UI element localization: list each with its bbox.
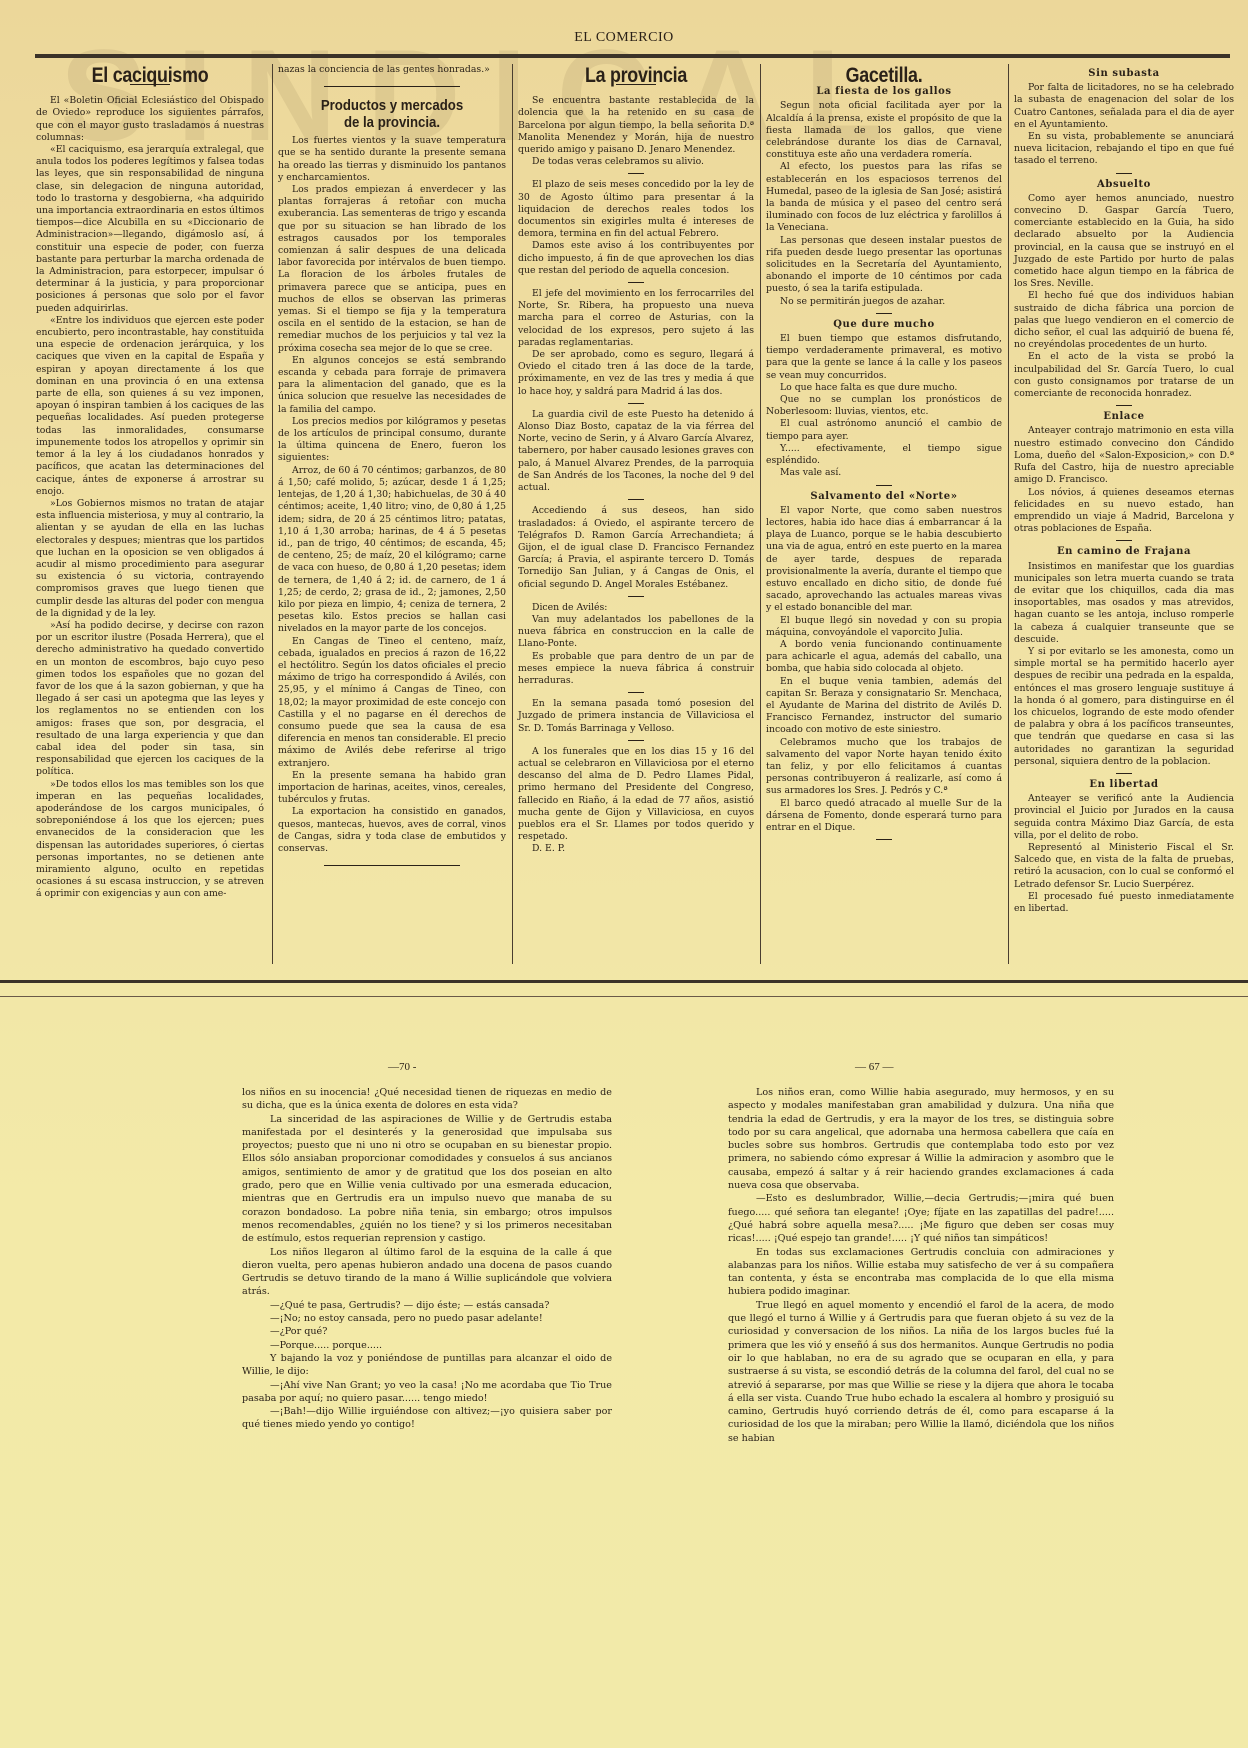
- separator-dash: [628, 403, 644, 404]
- book-page-right: Los niños eran, como Willie habia asegur…: [728, 1086, 1114, 1445]
- paragraph: En la semana pasada tomó posesion del Ju…: [518, 698, 754, 735]
- separator-dash: [628, 499, 644, 500]
- ornament-divider: [324, 865, 461, 866]
- separator-dash: [628, 173, 644, 174]
- paragraph: —Esto es deslumbrador, Willie,—decia Ger…: [728, 1192, 1114, 1245]
- column-news-briefs: Sin subasta Por falta de licitadores, no…: [1014, 64, 1234, 915]
- paragraph: Los prados empiezan á enverdecer y las p…: [278, 184, 506, 355]
- column-divider: [272, 64, 273, 964]
- ornament-divider: [324, 86, 461, 87]
- separator-dash: [876, 313, 892, 314]
- paragraph: El cual astrónomo anunció el cambio de t…: [766, 418, 1002, 442]
- paragraph: Anteayer se verificó ante la Audiencia p…: [1014, 793, 1234, 842]
- paragraph: Insistimos en manifestar que los guardia…: [1014, 561, 1234, 646]
- separator-dash: [1116, 173, 1132, 174]
- article-title: La provincia: [536, 70, 737, 82]
- paragraph: El jefe del movimiento en los ferrocarri…: [518, 288, 754, 349]
- paragraph: En el acto de la vista se probó la incul…: [1014, 351, 1234, 400]
- paragraph: La sinceridad de las aspiraciones de Wil…: [242, 1113, 612, 1246]
- article-title: El caciquismo: [53, 70, 247, 82]
- subheading: Enlace: [1014, 411, 1234, 423]
- subheading: En camino de Frajana: [1014, 546, 1234, 558]
- obituary-signoff: D. E. P.: [518, 843, 754, 855]
- paragraph: El vapor Norte, que como saben nuestros …: [766, 505, 1002, 615]
- separator-dash: [876, 485, 892, 486]
- section-rule: [0, 980, 1248, 983]
- separator-dash: [1116, 773, 1132, 774]
- paragraph: En la presente semana ha habido gran imp…: [278, 770, 506, 807]
- separator-dash: [628, 692, 644, 693]
- paragraph: Lo que hace falta es que dure mucho.: [766, 382, 1002, 394]
- subheading: Salvamento del «Norte»: [766, 491, 1002, 503]
- paragraph: Representó al Ministerio Fiscal el Sr. S…: [1014, 842, 1234, 891]
- column-provincia: La provincia Se encuentra bastante resta…: [518, 64, 754, 856]
- paragraph: Es probable que para dentro de un par de…: [518, 651, 754, 688]
- paragraph-continuation: nazas la conciencia de las gentes honrad…: [278, 64, 506, 76]
- paragraph: A bordo venia funcionando continuamente …: [766, 639, 1002, 676]
- separator-dash: [1116, 540, 1132, 541]
- paragraph: Y..... efectivamente, el tiempo sigue es…: [766, 443, 1002, 467]
- paragraph: El procesado fué puesto inmediatamente e…: [1014, 891, 1234, 915]
- paragraph: Y bajando la voz y poniéndose de puntill…: [242, 1352, 612, 1379]
- paragraph: —Porque..... porque.....: [242, 1339, 612, 1352]
- paragraph: En algunos concejos se está sembrando es…: [278, 355, 506, 416]
- paragraph: Arroz, de 60 á 70 céntimos; garbanzos, d…: [278, 465, 506, 636]
- paragraph: los niños en su inocencia! ¿Qué necesida…: [242, 1086, 612, 1113]
- paragraph: Los nóvios, á quienes deseamos eternas f…: [1014, 487, 1234, 536]
- paragraph: En su vista, probablemente se anunciará …: [1014, 131, 1234, 168]
- paragraph: Los niños llegaron al último farol de la…: [242, 1246, 612, 1299]
- paragraph: La exportacion ha consistido en ganados,…: [278, 806, 506, 855]
- paragraph: Accediendo á sus deseos, han sido trasla…: [518, 505, 754, 590]
- paragraph: Se encuentra bastante restablecida de la…: [518, 95, 754, 156]
- paragraph: Segun nota oficial facilitada ayer por l…: [766, 100, 1002, 161]
- paragraph: El plazo de seis meses concedido por la …: [518, 179, 754, 240]
- page-number-left: —70 -: [388, 1061, 416, 1073]
- paragraph: La guardia civil de este Puesto ha deten…: [518, 409, 754, 494]
- paragraph: No se permitirán juegos de azahar.: [766, 296, 1002, 308]
- paragraph: »Los Gobiernos mismos no tratan de ataja…: [36, 498, 264, 620]
- paragraph: —¿Qué te pasa, Gertrudis? — dijo éste; —…: [242, 1299, 612, 1312]
- paragraph: El buque llegó sin novedad y con su prop…: [766, 615, 1002, 639]
- paragraph: El «Boletin Oficial Eclesiástico del Obi…: [36, 95, 264, 144]
- separator-dash: [628, 740, 644, 741]
- subheading: En libertad: [1014, 779, 1234, 791]
- column-divider: [1008, 64, 1009, 964]
- paragraph: —¡No; no estoy cansada, pero no puedo pa…: [242, 1312, 612, 1325]
- paragraph: True llegó en aquel momento y encendió e…: [728, 1299, 1114, 1445]
- paragraph: »Así ha podido decirse, y decirse con ra…: [36, 620, 264, 779]
- column-divider: [512, 64, 513, 964]
- column-caciquismo: El caciquismo El «Boletin Oficial Eclesi…: [36, 64, 264, 901]
- paragraph: Que no se cumplan los pronósticos de Nob…: [766, 394, 1002, 418]
- paragraph: «El caciquismo, esa jerarquía extralegal…: [36, 144, 264, 315]
- column-productos: nazas la conciencia de las gentes honrad…: [278, 64, 506, 876]
- paragraph: En el buque venia tambien, además del ca…: [766, 676, 1002, 737]
- paragraph: Celebramos mucho que los trabajos de sal…: [766, 737, 1002, 798]
- paragraph: Los precios medios por kilógramos y pese…: [278, 416, 506, 465]
- paragraph: A los funerales que en los dias 15 y 16 …: [518, 746, 754, 844]
- subheading: Absuelto: [1014, 179, 1234, 191]
- title-line: Productos y mercados: [292, 97, 493, 114]
- separator-dash: [628, 596, 644, 597]
- paragraph: El hecho fué que dos individuos habian s…: [1014, 290, 1234, 351]
- article-title: Productos y mercados de la provincia.: [292, 97, 493, 131]
- paragraph: »De todos ellos los mas temibles son los…: [36, 779, 264, 901]
- subheading: La fiesta de los gallos: [766, 86, 1002, 98]
- paragraph: Y si por evitarlo se les amonesta, como …: [1014, 646, 1234, 768]
- section-title: Gacetilla.: [784, 70, 985, 82]
- masthead: EL COMERCIO: [0, 30, 1248, 46]
- subheading: Sin subasta: [1014, 68, 1234, 80]
- paragraph: En Cangas de Tineo el centeno, maíz, ceb…: [278, 636, 506, 770]
- paragraph: De todas veras celebramos su alivio.: [518, 156, 754, 168]
- page-number-right: — 67 —: [855, 1061, 894, 1073]
- paragraph: Los fuertes vientos y la suave temperatu…: [278, 135, 506, 184]
- paragraph: Por falta de licitadores, no se ha celeb…: [1014, 82, 1234, 131]
- paragraph: Al efecto, los puestos para las rifas se…: [766, 161, 1002, 234]
- paragraph: «Entre los individuos que ejercen este p…: [36, 315, 264, 498]
- paragraph: Damos este aviso á los contribuyentes po…: [518, 240, 754, 277]
- title-line: de la provincia.: [292, 114, 493, 131]
- paragraph: —¡Ahí vive Nan Grant; yo veo la casa! ¡N…: [242, 1379, 612, 1406]
- paragraph: Anteayer contrajo matrimonio en esta vil…: [1014, 425, 1234, 486]
- separator-dash: [1116, 405, 1132, 406]
- paragraph: Las personas que deseen instalar puestos…: [766, 235, 1002, 296]
- paragraph: De ser aprobado, como es seguro, llegará…: [518, 349, 754, 398]
- paragraph: —¿Por qué?: [242, 1325, 612, 1338]
- separator-dash: [628, 282, 644, 283]
- paragraph: El buen tiempo que estamos disfrutando, …: [766, 333, 1002, 382]
- paragraph: Dicen de Avilés:: [518, 602, 754, 614]
- subheading: Que dure mucho: [766, 319, 1002, 331]
- paragraph: Como ayer hemos anunciado, nuestro conve…: [1014, 193, 1234, 291]
- section-rule-thin: [0, 996, 1248, 997]
- paragraph: Los niños eran, como Willie habia asegur…: [728, 1086, 1114, 1192]
- paragraph: Van muy adelantados los pabellones de la…: [518, 614, 754, 651]
- column-divider: [760, 64, 761, 964]
- paragraph: Mas vale así.: [766, 467, 1002, 479]
- top-rule: [35, 54, 1230, 58]
- column-gacetilla: Gacetilla. La fiesta de los gallos Segun…: [766, 64, 1002, 845]
- paragraph: En todas sus exclamaciones Gertrudis con…: [728, 1246, 1114, 1299]
- book-page-left: los niños en su inocencia! ¿Qué necesida…: [242, 1086, 612, 1432]
- paragraph: —¡Bah!—dijo Willie irguiéndose con altiv…: [242, 1405, 612, 1432]
- separator-dash: [876, 839, 892, 840]
- paragraph: El barco quedó atracado al muelle Sur de…: [766, 798, 1002, 835]
